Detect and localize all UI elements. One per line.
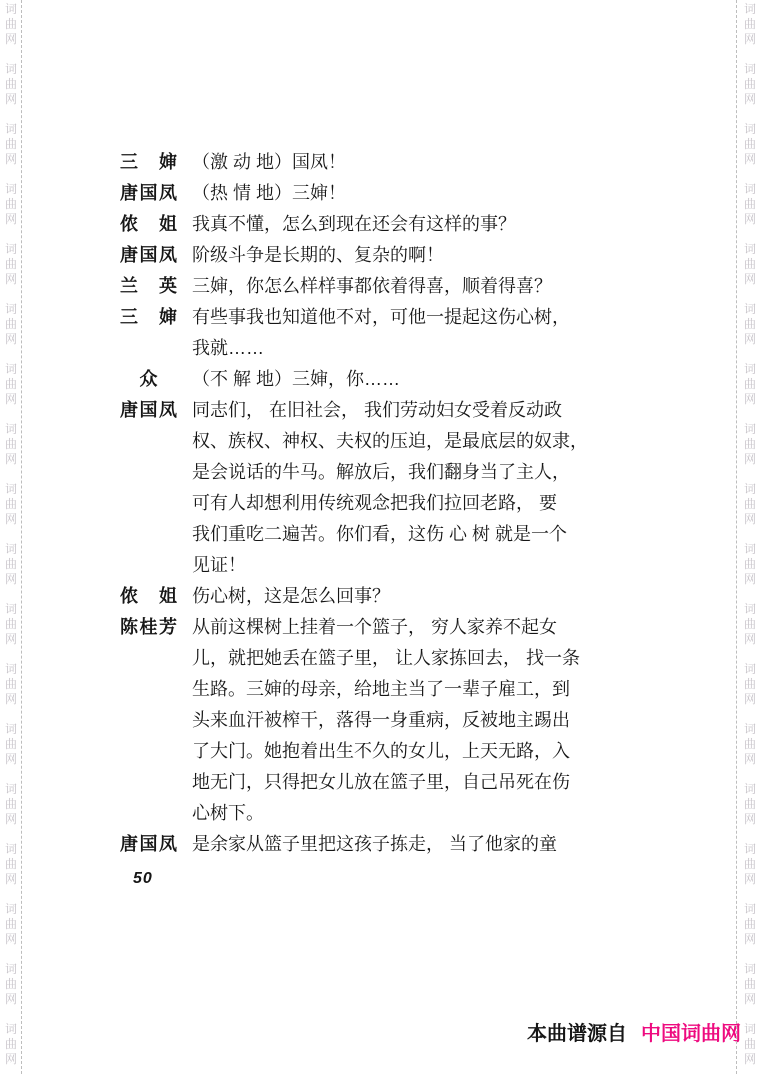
dialogue-text: （热 情 地）三婶！ (192, 178, 346, 209)
watermark-text: 词 曲 网 (742, 242, 758, 287)
watermark-text: 词 曲 网 (3, 542, 19, 587)
watermark-text: 词 曲 网 (3, 302, 19, 347)
watermark-text: 词 曲 网 (3, 482, 19, 527)
dialogue-text: 同志们， 在旧社会， 我们劳动妇女受着反动政 权、族权、神权、夫权的压迫，是最底… (192, 395, 588, 581)
watermark-text: 词 曲 网 (3, 842, 19, 887)
dialogue-text: 阶级斗争是长期的、复杂的啊！ (192, 240, 444, 271)
dialogue-text: （不 解 地）三婶，你…… (192, 364, 400, 395)
watermark-text: 词 曲 网 (3, 722, 19, 767)
watermark-text: 词 曲 网 (742, 542, 758, 587)
watermark-text: 词 曲 网 (742, 962, 758, 1007)
speaker-name: 兰 英 (120, 271, 177, 302)
watermark-column-right: 词 曲 网词 曲 网词 曲 网词 曲 网词 曲 网词 曲 网词 曲 网词 曲 网… (742, 2, 758, 1074)
watermark-text: 词 曲 网 (742, 422, 758, 467)
watermark-text: 词 曲 网 (3, 602, 19, 647)
watermark-text: 词 曲 网 (3, 902, 19, 947)
watermark-text: 词 曲 网 (742, 302, 758, 347)
footer-site-name: 中国词曲网 (641, 1022, 741, 1046)
dialogue-entry: 唐国凤阶级斗争是长期的、复杂的啊！ (120, 240, 720, 271)
watermark-text: 词 曲 网 (3, 662, 19, 707)
dialogue-entry: 唐国凤是余家从篮子里把这孩子拣走， 当了他家的童 (120, 829, 720, 860)
watermark-text: 词 曲 网 (3, 62, 19, 107)
watermark-text: 词 曲 网 (3, 122, 19, 167)
watermark-text: 词 曲 网 (742, 602, 758, 647)
dialogue-entry: 侬 姐伤心树，这是怎么回事？ (120, 581, 720, 612)
dialogue-text: 伤心树，这是怎么回事？ (192, 581, 390, 612)
watermark-text: 词 曲 网 (742, 782, 758, 827)
dialogue-entry: 三 婶有些事我也知道他不对，可他一提起这伤心树， 我就…… (120, 302, 720, 364)
page-edge-dashed-line-left (21, 0, 22, 1074)
dialogue-text: 从前这棵树上挂着一个篮子， 穷人家养不起女 儿，就把她丢在篮子里， 让人家拣回去… (192, 612, 580, 829)
dialogue-entry: 唐国凤（热 情 地）三婶！ (120, 178, 720, 209)
speaker-name: 三 婶 (120, 147, 177, 178)
speaker-name: 唐国凤 (120, 829, 177, 860)
dialogue-entry: 侬 姐我真不懂，怎么到现在还会有这样的事？ (120, 209, 720, 240)
watermark-text: 词 曲 网 (3, 962, 19, 1007)
speaker-name: 唐国凤 (120, 178, 177, 209)
dialogue-text: （激 动 地）国凤！ (192, 147, 346, 178)
watermark-text: 词 曲 网 (742, 62, 758, 107)
watermark-text: 词 曲 网 (742, 662, 758, 707)
watermark-text: 词 曲 网 (3, 2, 19, 47)
dialogue-text: 有些事我也知道他不对，可他一提起这伤心树， 我就…… (192, 302, 570, 364)
watermark-text: 词 曲 网 (742, 842, 758, 887)
page-edge-dashed-line-right (736, 0, 737, 1074)
speaker-name: 侬 姐 (120, 581, 177, 612)
speaker-name: 侬 姐 (120, 209, 177, 240)
watermark-text: 词 曲 网 (3, 182, 19, 227)
watermark-text: 词 曲 网 (742, 1022, 758, 1067)
watermark-text: 词 曲 网 (742, 2, 758, 47)
speaker-name: 唐国凤 (120, 395, 177, 426)
script-dialogue-block: 三 婶（激 动 地）国凤！唐国凤（热 情 地）三婶！侬 姐我真不懂，怎么到现在还… (120, 147, 720, 860)
watermark-text: 词 曲 网 (742, 482, 758, 527)
dialogue-text: 是余家从篮子里把这孩子拣走， 当了他家的童 (192, 829, 557, 860)
speaker-name: 三 婶 (120, 302, 177, 333)
dialogue-text: 我真不懂，怎么到现在还会有这样的事？ (192, 209, 516, 240)
watermark-text: 词 曲 网 (3, 362, 19, 407)
scanned-script-page: 词 曲 网词 曲 网词 曲 网词 曲 网词 曲 网词 曲 网词 曲 网词 曲 网… (0, 0, 760, 1074)
watermark-column-left: 词 曲 网词 曲 网词 曲 网词 曲 网词 曲 网词 曲 网词 曲 网词 曲 网… (3, 2, 19, 1074)
dialogue-entry: 三 婶（激 动 地）国凤！ (120, 147, 720, 178)
watermark-text: 词 曲 网 (3, 1022, 19, 1067)
watermark-text: 词 曲 网 (742, 362, 758, 407)
footer-credit-prefix: 本曲谱源自 (527, 1022, 627, 1046)
page-number: 50 (133, 870, 153, 888)
watermark-text: 词 曲 网 (3, 782, 19, 827)
watermark-text: 词 曲 网 (742, 182, 758, 227)
dialogue-entry: 兰 英三婶，你怎么样样事都依着得喜，顺着得喜？ (120, 271, 720, 302)
watermark-text: 词 曲 网 (742, 722, 758, 767)
speaker-name: 众 (120, 364, 177, 395)
watermark-text: 词 曲 网 (3, 242, 19, 287)
footer-credit: 本曲谱源自 中国词曲网 (527, 1022, 741, 1046)
dialogue-entry: 唐国凤同志们， 在旧社会， 我们劳动妇女受着反动政 权、族权、神权、夫权的压迫，… (120, 395, 720, 581)
speaker-name: 唐国凤 (120, 240, 177, 271)
dialogue-text: 三婶，你怎么样样事都依着得喜，顺着得喜？ (192, 271, 552, 302)
speaker-name: 陈桂芳 (120, 612, 177, 643)
watermark-text: 词 曲 网 (742, 122, 758, 167)
dialogue-entry: 众（不 解 地）三婶，你…… (120, 364, 720, 395)
watermark-text: 词 曲 网 (742, 902, 758, 947)
watermark-text: 词 曲 网 (3, 422, 19, 467)
dialogue-entry: 陈桂芳从前这棵树上挂着一个篮子， 穷人家养不起女 儿，就把她丢在篮子里， 让人家… (120, 612, 720, 829)
